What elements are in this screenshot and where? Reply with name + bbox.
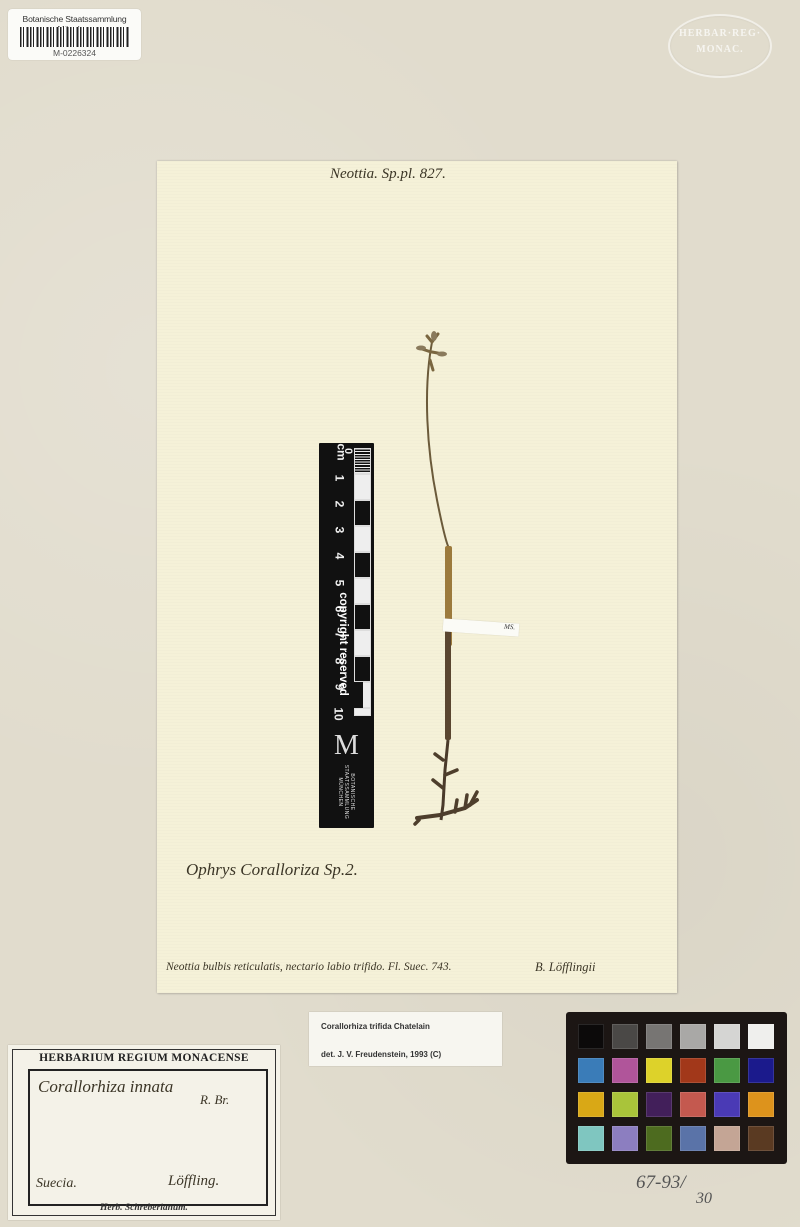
label-collector: Löffling.	[168, 1173, 219, 1190]
embossed-stamp: HERBAR·REG· MONAC.	[668, 14, 772, 78]
plant-specimen	[405, 330, 535, 830]
cm-scale-bar: cm 0 1 2 3 4 5 6 7 8 9 10 copyright rese…	[319, 443, 374, 828]
accession-main: 67-93/	[636, 1172, 686, 1193]
color-patch	[748, 1024, 774, 1049]
stamp-line-2: MONAC.	[670, 42, 770, 58]
barcode	[20, 27, 130, 47]
copyright-text: copyright reserved	[337, 574, 349, 714]
color-patch	[612, 1024, 638, 1049]
mm-ticks	[354, 448, 371, 474]
color-patch	[646, 1092, 672, 1117]
tick-3: 3	[332, 527, 346, 534]
color-patch	[646, 1126, 672, 1151]
scale-segment	[354, 500, 371, 526]
scale-segment	[354, 630, 371, 656]
description-annotation: Neottia bulbis reticulatis, nectario lab…	[166, 961, 451, 973]
strip-label: MS.	[504, 623, 516, 632]
color-patch	[714, 1024, 740, 1049]
inst-line-3: MÜNCHEN	[337, 747, 343, 837]
color-patch	[680, 1126, 706, 1151]
herbarium-title: HERBARIUM REGIUM MONACENSE	[8, 1052, 280, 1064]
scale-institution-text: BOTANISCHE STAATSSAMMLUNG MÜNCHEN	[337, 747, 355, 837]
inst-line-1: BOTANISCHE	[349, 747, 355, 837]
determination-label: Corallorhiza trifida Chatelain det. J. V…	[309, 1012, 502, 1066]
scale-segment	[354, 474, 371, 500]
color-patch	[680, 1024, 706, 1049]
scale-segment	[354, 656, 371, 682]
scale-segment	[354, 526, 371, 552]
color-patch	[714, 1058, 740, 1083]
label-footer: Herb. Schreberianum.	[8, 1203, 280, 1213]
scale-segment	[354, 604, 371, 630]
color-patch	[714, 1092, 740, 1117]
scale-segment	[354, 708, 371, 716]
herbarium-label: HERBARIUM REGIUM MONACENSE Corallorhiza …	[8, 1045, 280, 1220]
determiner: det. J. V. Freudenstein, 1993 (C)	[321, 1050, 441, 1059]
label-taxon: Corallorhiza innata	[38, 1077, 173, 1097]
collector-annotation: B. Löfflingii	[535, 960, 595, 975]
color-patch	[578, 1092, 604, 1117]
tick-1: 1	[332, 475, 346, 482]
scale-segment	[354, 578, 371, 604]
accession-sub: 30	[696, 1190, 712, 1208]
label-author: R. Br.	[200, 1092, 229, 1108]
scale-segment	[354, 682, 363, 708]
inst-line-2: STAATSSAMMLUNG	[343, 747, 349, 837]
scale-segment	[354, 552, 371, 578]
color-patch	[612, 1126, 638, 1151]
color-patch	[748, 1126, 774, 1151]
tick-2: 2	[332, 501, 346, 508]
stamp-line-1: HERBAR·REG·	[670, 26, 770, 42]
color-patch	[578, 1024, 604, 1049]
color-calibration-chart	[566, 1012, 787, 1164]
color-patch	[646, 1058, 672, 1083]
color-patch	[680, 1058, 706, 1083]
determined-taxon: Corallorhiza trifida Chatelain	[321, 1022, 430, 1031]
color-patch	[748, 1058, 774, 1083]
color-patch	[578, 1058, 604, 1083]
barcode-label: Botanische Staatssammlung München M-0226…	[8, 9, 141, 60]
color-patch	[612, 1058, 638, 1083]
genus-annotation: Neottia. Sp.pl. 827.	[330, 166, 446, 183]
ophrys-annotation: Ophrys Coralloriza Sp.2.	[186, 860, 358, 880]
accession-note: 67-93/ 30	[636, 1172, 686, 1194]
color-patch	[578, 1126, 604, 1151]
color-patch	[612, 1092, 638, 1117]
label-locality: Suecia.	[36, 1176, 77, 1192]
tick-4: 4	[332, 553, 346, 560]
color-patch	[714, 1126, 740, 1151]
color-patch	[646, 1024, 672, 1049]
tick-0: 0	[342, 448, 354, 454]
color-patch	[680, 1092, 706, 1117]
specimen-id: M-0226324	[8, 48, 141, 58]
color-patch	[748, 1092, 774, 1117]
